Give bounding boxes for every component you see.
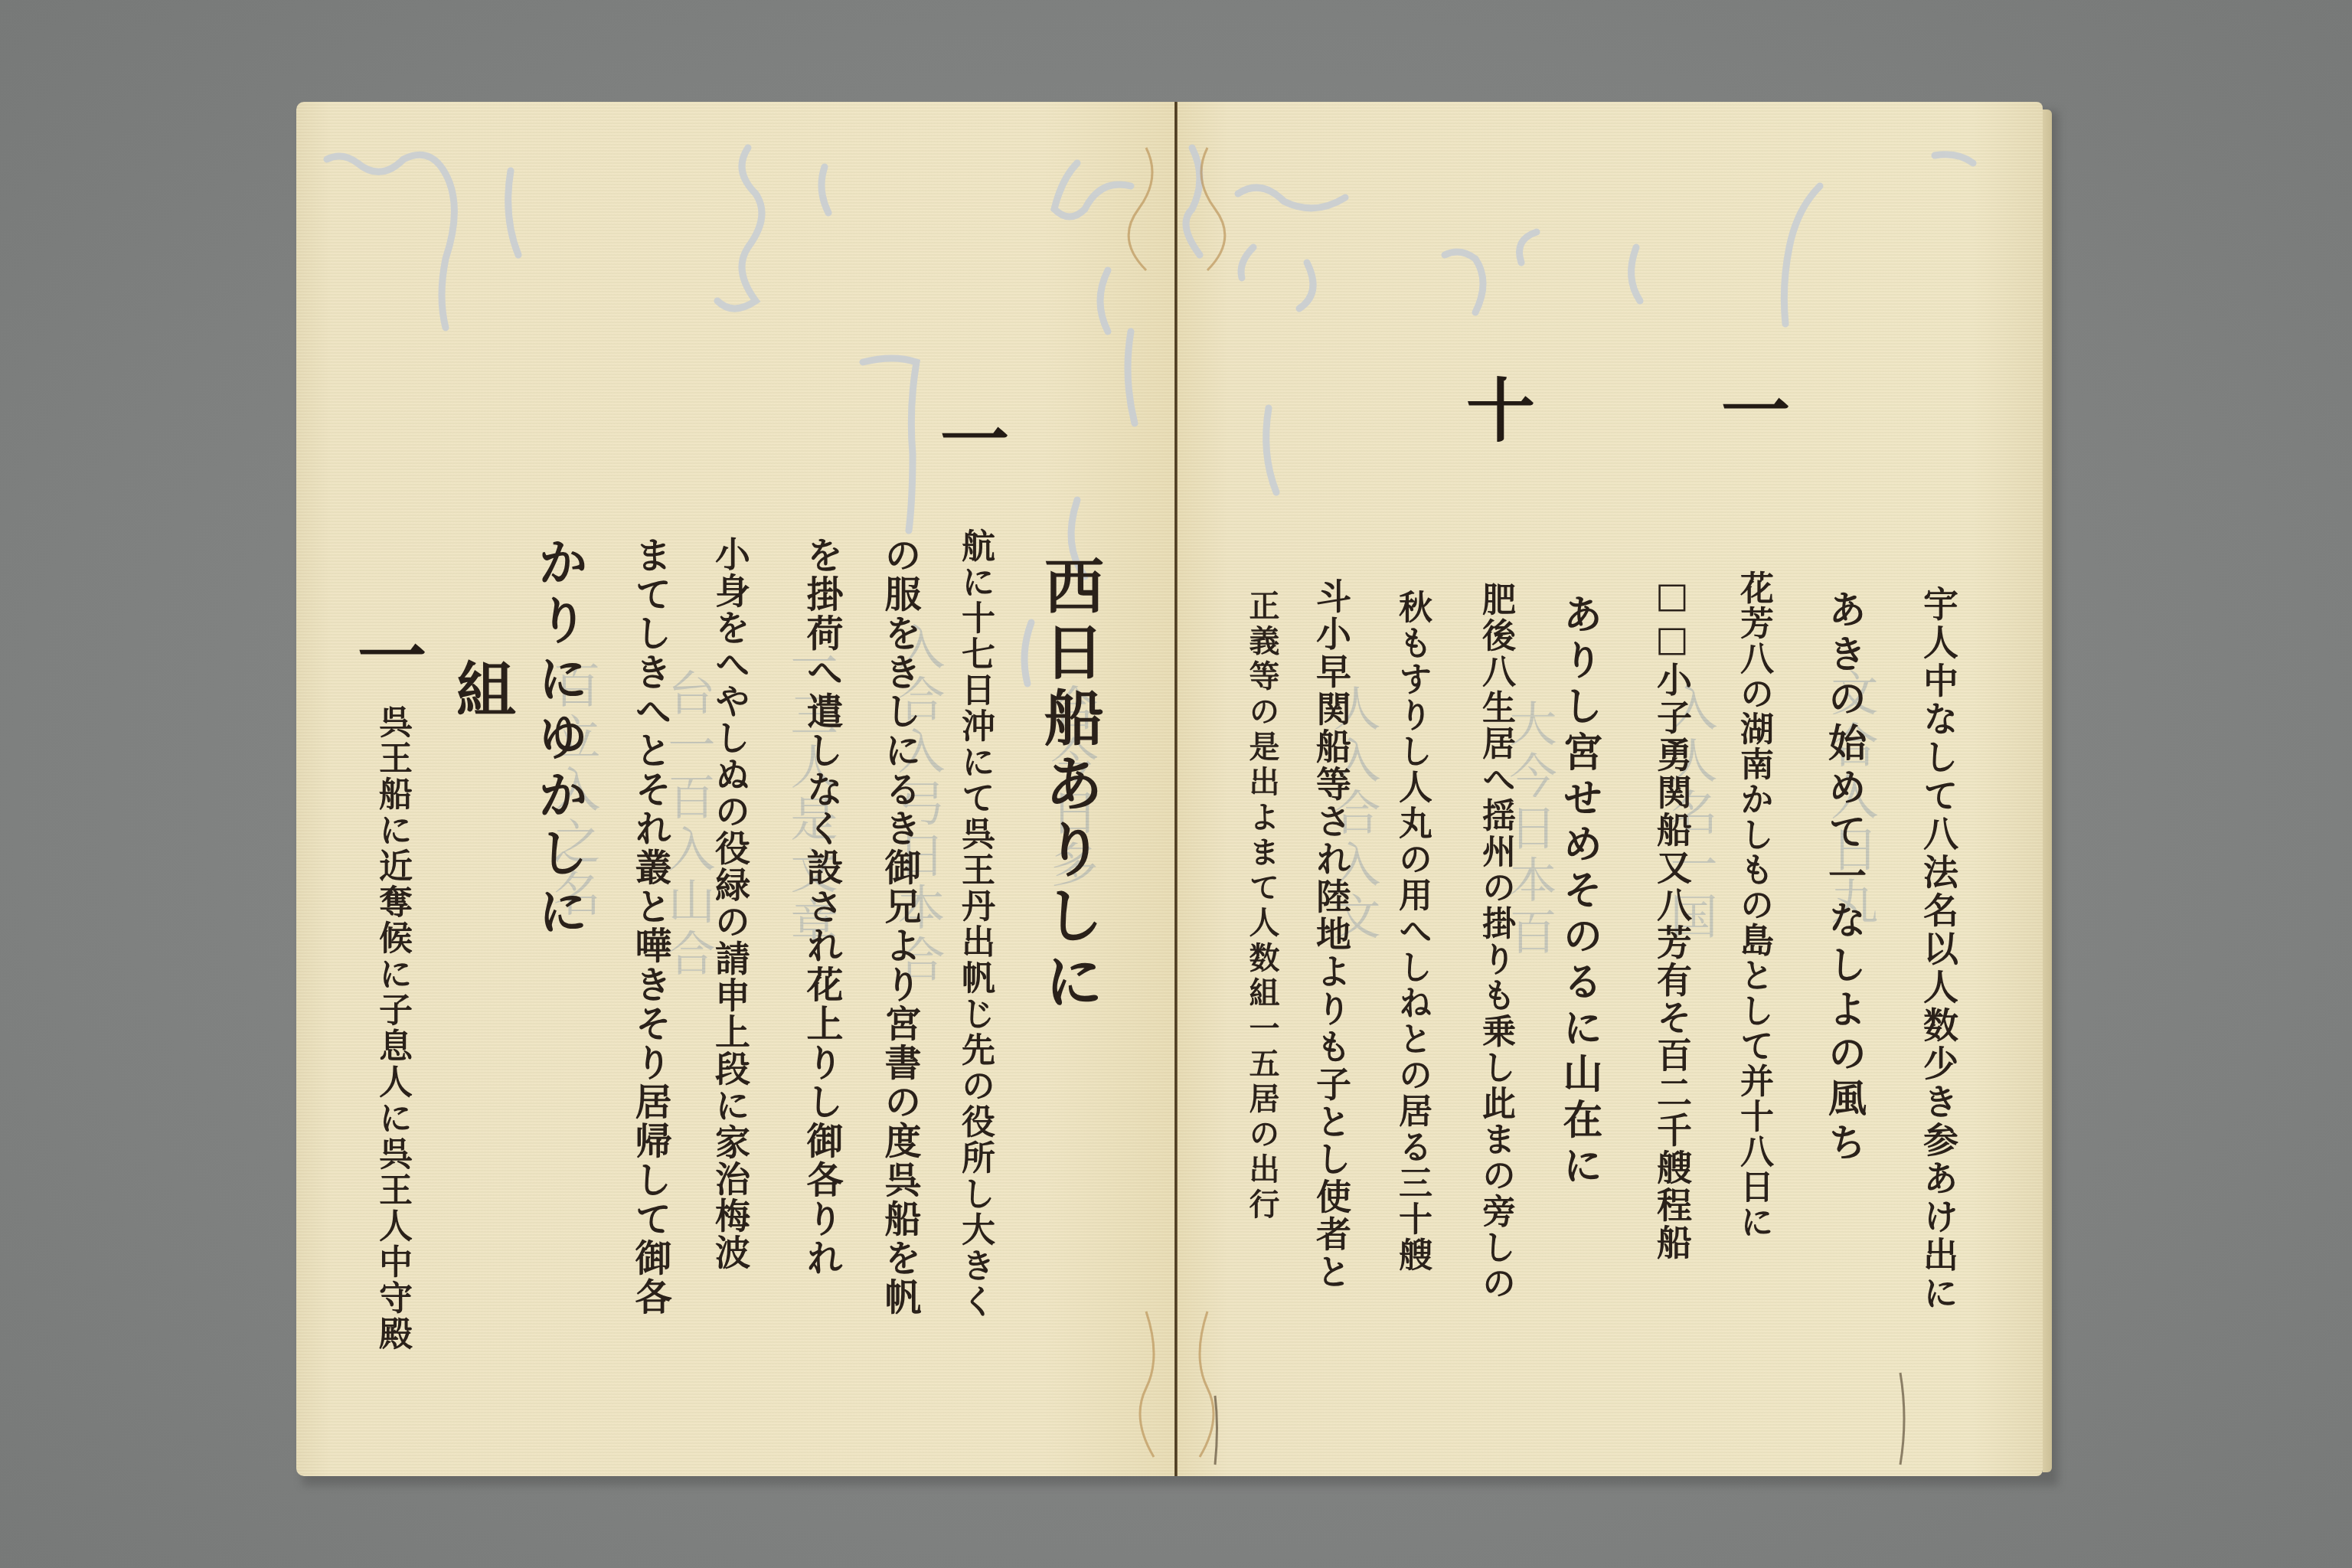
text-column: あきの始めて一なしよの風ち (1825, 590, 1864, 1167)
book-spine (1174, 102, 1178, 1476)
text-column: 呉王船に近奪候に子息人に呉王人中守殿 (375, 704, 409, 1352)
text-column: 正義等の是出よまて人数組一五居の出行 (1246, 590, 1277, 1223)
text-column: を掛荷へ遣しなく設され花上りし御各りれ (803, 536, 840, 1278)
text-column: 宇人中なして八法名以人数少き参あけ出に (1921, 586, 1956, 1313)
text-column: 組 (451, 658, 511, 724)
text-column: 小身をへやしぬの役緑の請申上段に家治梅波 (713, 536, 748, 1271)
text-column: 斗小早関船等され陸地よりも子とし使者と (1314, 578, 1349, 1291)
item-marker: 一 (358, 622, 426, 691)
text-column: 肥後八生居へ揺州の掛りも乗し此まの旁しの (1478, 582, 1512, 1302)
text-column: 西日船ありしに (1039, 555, 1099, 1016)
text-column: まてしきへとそれ叢と嘩きそり居帰して御各 (632, 536, 668, 1317)
item-marker: 一 (1721, 377, 1790, 446)
page-stack-edge (2043, 109, 2052, 1472)
text-column: 秋もすりし人丸の用へしねとの居る三十艘 (1395, 590, 1429, 1273)
text-column: □□小子勇関船又八芳有そ百二千艘程船 (1655, 574, 1690, 1262)
item-marker: 一 (940, 406, 1009, 475)
text-column: 航に十七日沖にて呉王丹出帆じ先の役所し大きく (958, 528, 991, 1320)
right-page: 文合入日丸 入人名一国 大今日本百 人入合入文 (1176, 102, 2043, 1476)
text-column: ありし宮せめそのるに山在に (1559, 593, 1599, 1191)
text-column: 花芳八の湖南かしもの島として并十八日に (1736, 570, 1770, 1240)
text-column: の服をきしにるき御兄より宮書の度呉船を帆 (881, 536, 918, 1317)
text-column: かりにゆかしに (534, 536, 584, 943)
item-marker: 十 (1466, 377, 1535, 446)
